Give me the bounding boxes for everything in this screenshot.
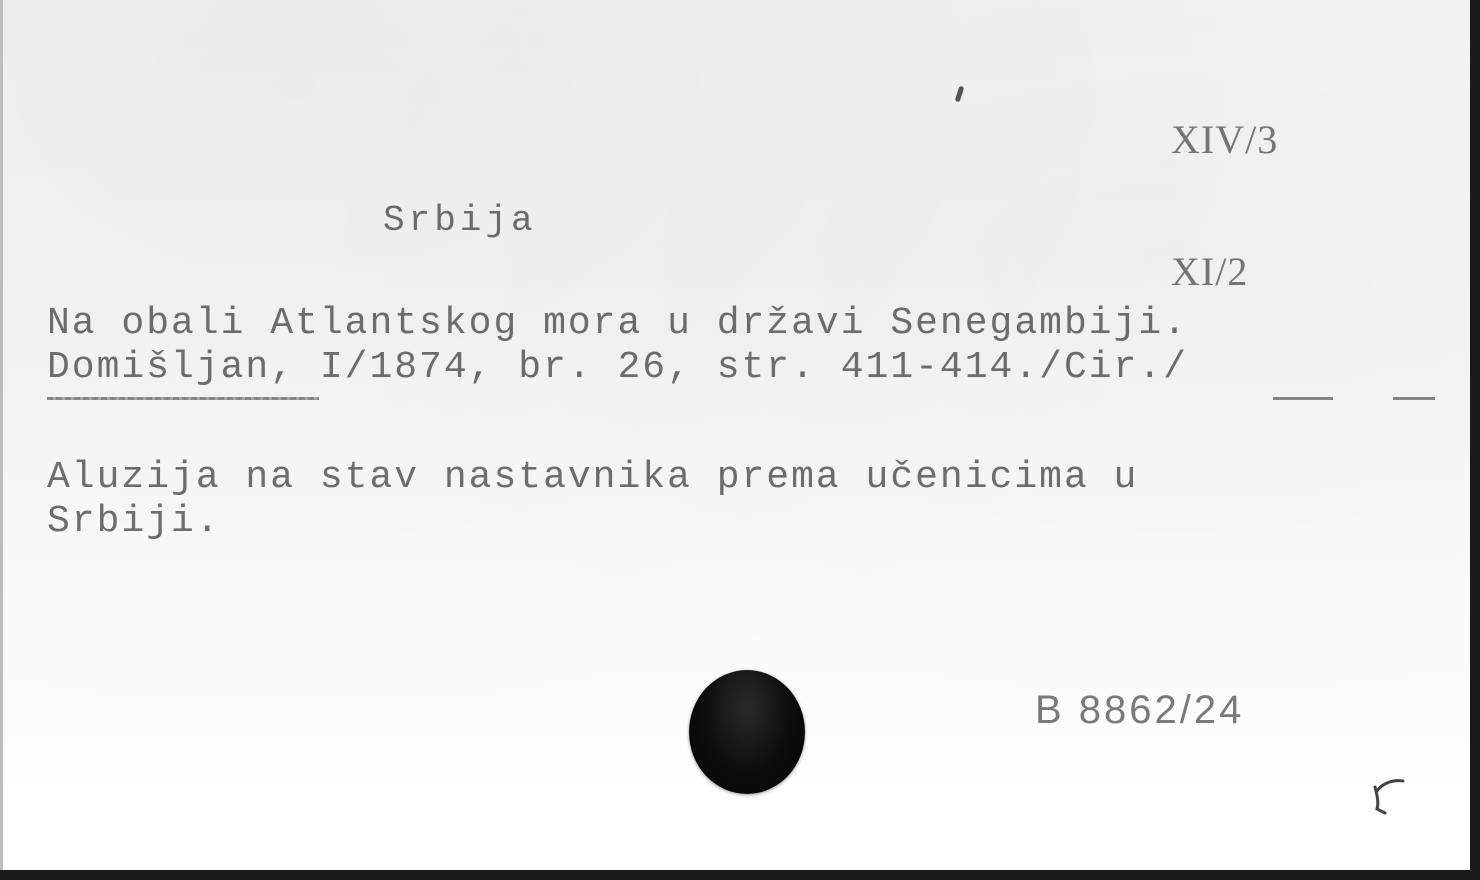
ink-speck [955,86,965,103]
card-punch-hole [689,670,805,794]
catalog-card: XIV/3 XI/2 Srbija Na obali Atlantskog mo… [0,0,1470,870]
citation-title-line: Na obali Atlantskog mora u državi Senega… [47,302,1188,346]
script-note-underline-right [1393,397,1435,400]
script-note-underline-left [1273,397,1333,400]
call-number: B 8862/24 [1035,688,1244,733]
classification-line-1: XIV/3 [1171,118,1278,162]
citation-source-line: Domišljan, I/1874, br. 26, str. 411-414.… [47,346,1188,390]
author-underline [47,397,319,400]
classification-line-2: XI/2 [1171,250,1278,294]
annotation-line-1: Aluzija na stav nastavnika prema učenici… [47,456,1138,500]
annotation-line-2: Srbiji. [47,500,221,544]
subject-heading: Srbija [383,200,537,241]
handwritten-r-icon [1363,775,1413,825]
